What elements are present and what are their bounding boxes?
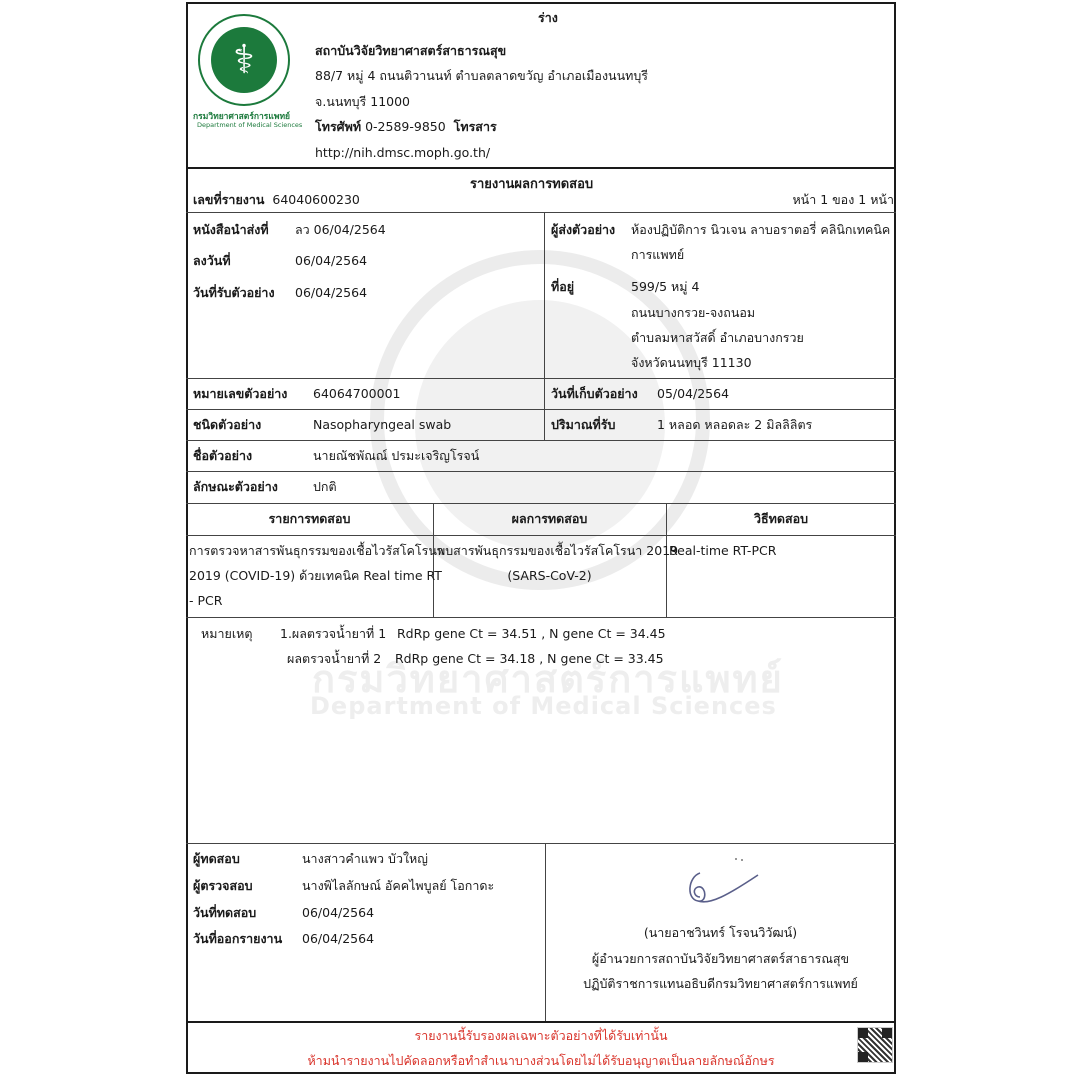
report-title: รายงานผลการทดสอบ	[470, 177, 593, 193]
remark-2-prefix: ผลตรวจน้ำยาที่ 2	[287, 651, 381, 667]
address-line-2: ถนนบางกรวย-จงถนอม	[631, 305, 755, 321]
divider	[186, 212, 896, 213]
test-method: Real-time RT-PCR	[669, 543, 776, 559]
letter-no-value: ลว 06/04/2564	[295, 222, 386, 238]
signer-title-1: ผู้อำนวยการสถาบันวิจัยวิทยาศาสตร์สาธารณส…	[545, 951, 896, 967]
sender-line-2: การแพทย์	[631, 247, 684, 263]
divider	[186, 535, 896, 536]
issue-date-value: 06/04/2564	[302, 931, 374, 947]
header-test-item: รายการทดสอบ	[186, 511, 433, 527]
quantity-label: ปริมาณที่รับ	[551, 417, 615, 433]
divider	[186, 440, 896, 441]
divider	[186, 1021, 896, 1023]
sender-label: ผู้ส่งตัวอย่าง	[551, 222, 615, 238]
signer-title-2: ปฏิบัติราชการแทนอธิบดีกรมวิทยาศาสตร์การแ…	[545, 976, 896, 992]
column-divider	[666, 503, 667, 617]
address-line-4: จังหวัดนนทบุรี 11130	[631, 355, 752, 371]
divider	[186, 503, 896, 504]
test-item-line-2: 2019 (COVID-19) ด้วยเทคนิค Real time RT	[189, 568, 442, 584]
letter-date-label: ลงวันที่	[193, 253, 231, 269]
sample-type-value: Nasopharyngeal swab	[313, 417, 451, 433]
column-divider	[544, 212, 545, 440]
address-line-3: ตำบลมหาสวัสดิ์ อำเภอบางกรวย	[631, 330, 804, 346]
address-label: ที่อยู่	[551, 279, 574, 295]
website-link[interactable]: http://nih.dmsc.moph.go.th/	[315, 145, 490, 161]
sample-id-value: 64064700001	[313, 386, 400, 402]
tester-label: ผู้ทดสอบ	[193, 851, 240, 867]
page-info: หน้า 1 ของ 1 หน้า	[792, 192, 894, 208]
letter-no-label: หนังสือนำส่งที่	[193, 222, 269, 238]
report-number-value: 64040600230	[272, 192, 359, 207]
quantity-value: 1 หลอด หลอดละ 2 มิลลิลิตร	[657, 417, 812, 433]
tester-value: นางสาวคำแพว บัวใหญ่	[302, 851, 428, 867]
fax-label: โทรสาร	[454, 119, 497, 134]
sample-name-value: นายณัชพัณณ์ ปรมะเจริญโรจน์	[313, 448, 479, 464]
remark-1-value: RdRp gene Ct = 34.51 , N gene Ct = 34.45	[397, 626, 666, 642]
footer-disclaimer-1: รายงานนี้รับรองผลเฉพาะตัวอย่างที่ได้รับเ…	[186, 1028, 896, 1044]
phone-label: โทรศัพท์	[315, 119, 361, 134]
contact-line: โทรศัพท์ 0-2589-9850 โทรสาร	[315, 119, 497, 135]
header-test-method: วิธีทดสอบ	[666, 511, 896, 527]
logo-dept-en: Department of Medical Sciences	[197, 121, 302, 129]
result-line-2: (SARS-CoV-2)	[433, 568, 666, 584]
test-date-value: 06/04/2564	[302, 905, 374, 921]
caduceus-icon: ⚕	[211, 30, 277, 90]
column-divider	[433, 503, 434, 617]
divider	[186, 409, 896, 410]
divider	[186, 378, 896, 379]
remark-2-value: RdRp gene Ct = 34.18 , N gene Ct = 33.45	[395, 651, 664, 667]
report-number-label: เลขที่รายงาน	[193, 192, 264, 207]
phone-value: 0-2589-9850	[365, 119, 446, 134]
signature-image	[680, 855, 780, 915]
test-item-line-3: - PCR	[189, 593, 222, 609]
collected-date-value: 05/04/2564	[657, 386, 729, 402]
draft-label: ร่าง	[538, 10, 558, 26]
divider	[186, 471, 896, 472]
divider	[186, 843, 896, 844]
received-date-value: 06/04/2564	[295, 285, 367, 301]
reviewer-label: ผู้ตรวจสอบ	[193, 878, 253, 894]
institute-address-1: 88/7 หมู่ 4 ถนนติวานนท์ ตำบลตลาดขวัญ อำเ…	[315, 68, 648, 84]
sender-line-1: ห้องปฏิบัติการ นิวเจน ลาบอราตอรี่ คลินิก…	[631, 222, 890, 238]
received-date-label: วันที่รับตัวอย่าง	[193, 285, 275, 301]
divider	[186, 167, 896, 169]
qr-code-icon[interactable]	[857, 1027, 893, 1063]
report-number: เลขที่รายงาน 64040600230	[193, 192, 360, 208]
report-page	[186, 2, 896, 1074]
sample-name-label: ชื่อตัวอย่าง	[193, 448, 252, 464]
sample-condition-value: ปกติ	[313, 479, 337, 495]
remark-1-prefix: 1.ผลตรวจน้ำยาที่ 1	[280, 626, 386, 642]
footer-disclaimer-2: ห้ามนำรายงานไปคัดลอกหรือทำสำเนาบางส่วนโด…	[186, 1053, 896, 1069]
sample-id-label: หมายเลขตัวอย่าง	[193, 386, 287, 402]
issue-date-label: วันที่ออกรายงาน	[193, 931, 282, 947]
sample-type-label: ชนิดตัวอย่าง	[193, 417, 261, 433]
institute-name: สถาบันวิจัยวิทยาศาสตร์สาธารณสุข	[315, 43, 506, 59]
letter-date-value: 06/04/2564	[295, 253, 367, 269]
sample-condition-label: ลักษณะตัวอย่าง	[193, 479, 278, 495]
reviewer-value: นางพิไลลักษณ์ อัคคไพบูลย์ โอกาดะ	[302, 878, 494, 894]
test-date-label: วันที่ทดสอบ	[193, 905, 256, 921]
header-test-result: ผลการทดสอบ	[433, 511, 666, 527]
address-line-1: 599/5 หมู่ 4	[631, 279, 699, 295]
institute-address-2: จ.นนทบุรี 11000	[315, 94, 410, 110]
signer-name: (นายอาชวินทร์ โรจนวิวัฒน์)	[545, 925, 896, 941]
result-line-1: พบสารพันธุกรรมของเชื้อไวรัสโคโรนา 2019	[437, 543, 678, 559]
remarks-label: หมายเหตุ	[201, 626, 252, 642]
divider	[186, 617, 896, 618]
collected-date-label: วันที่เก็บตัวอย่าง	[551, 386, 638, 402]
test-item-line-1: การตรวจหาสารพันธุกรรมของเชื้อไวรัสโคโรนา	[189, 543, 444, 559]
